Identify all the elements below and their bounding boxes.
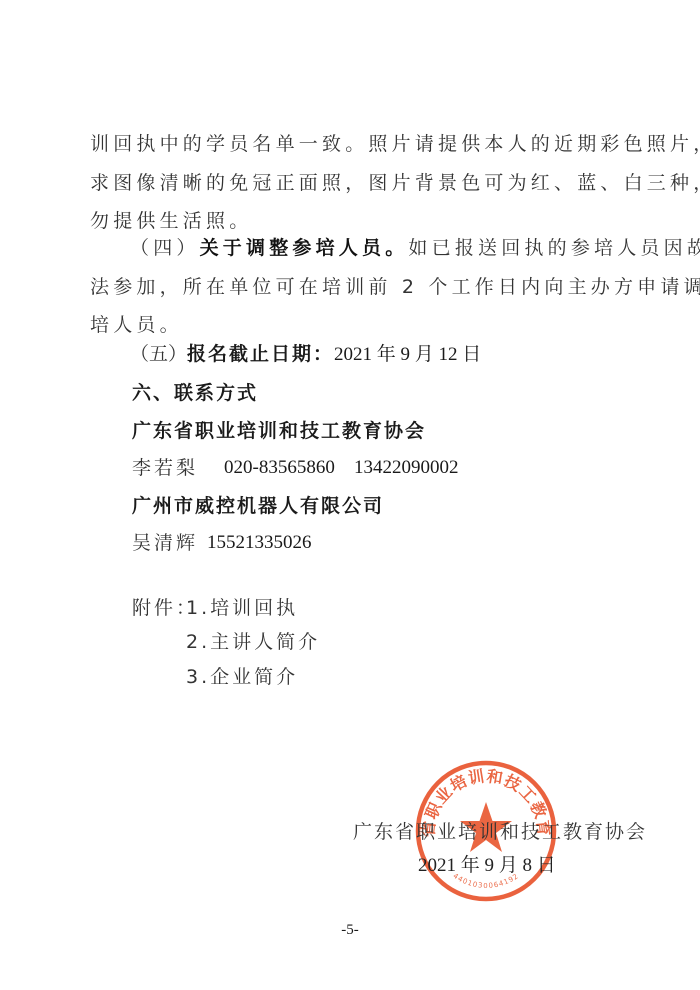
contact-mobile: 13422090002: [354, 457, 459, 479]
contact-name: 李若梨: [132, 457, 198, 479]
section-prefix: （五）: [130, 343, 187, 365]
signature-org: 广东省职业培训和技工教育协会: [353, 817, 647, 844]
contact-org: 广东省职业培训和技工教育协会: [132, 420, 426, 442]
contact-org: 广州市威控机器人有限公司: [132, 495, 384, 517]
attachment-item: 1.培训回执: [186, 597, 298, 619]
deadline-date: 2021 年 9 月 12 日: [334, 344, 481, 365]
section-heading: 关于调整参培人员。: [200, 237, 409, 259]
attachment-item: 3.企业简介: [186, 666, 298, 688]
contact-row: 吴清辉 15521335026: [132, 532, 198, 554]
attachment-item: 2.主讲人简介: [186, 631, 320, 653]
section-deadline: （五）报名截止日期：2021 年 9 月 12 日: [130, 343, 481, 366]
section-prefix: （四）: [130, 237, 200, 259]
text-line: 法参加，所在单位可在培训前 2 个工作日内向主办方申请调整参: [90, 276, 620, 315]
contact-row: 李若梨 020-83565860 13422090002: [132, 457, 198, 479]
signature-date: 2021 年 9 月 8 日: [418, 850, 556, 877]
contact-heading: 六、联系方式: [132, 382, 258, 404]
text-line: 训回执中的学员名单一致。照片请提供本人的近期彩色照片，要: [90, 133, 620, 172]
contact-phone: 020-83565860: [224, 457, 335, 479]
section-adjust-participants: （四）关于调整参培人员。如已报送回执的参培人员因故无 法参加，所在单位可在培训前…: [90, 237, 620, 353]
page-number: -5-: [0, 922, 700, 939]
text-line: 求图像清晰的免冠正面照，图片背景色可为红、蓝、白三种，请: [90, 172, 620, 211]
contact-name: 吴清辉: [132, 532, 198, 554]
paragraph-continuation: 训回执中的学员名单一致。照片请提供本人的近期彩色照片，要 求图像清晰的免冠正面照…: [90, 133, 620, 249]
section-text: 如已报送回执的参培人员因故无: [408, 237, 700, 259]
contact-mobile: 15521335026: [207, 532, 312, 554]
section-heading: 报名截止日期：: [187, 343, 334, 365]
